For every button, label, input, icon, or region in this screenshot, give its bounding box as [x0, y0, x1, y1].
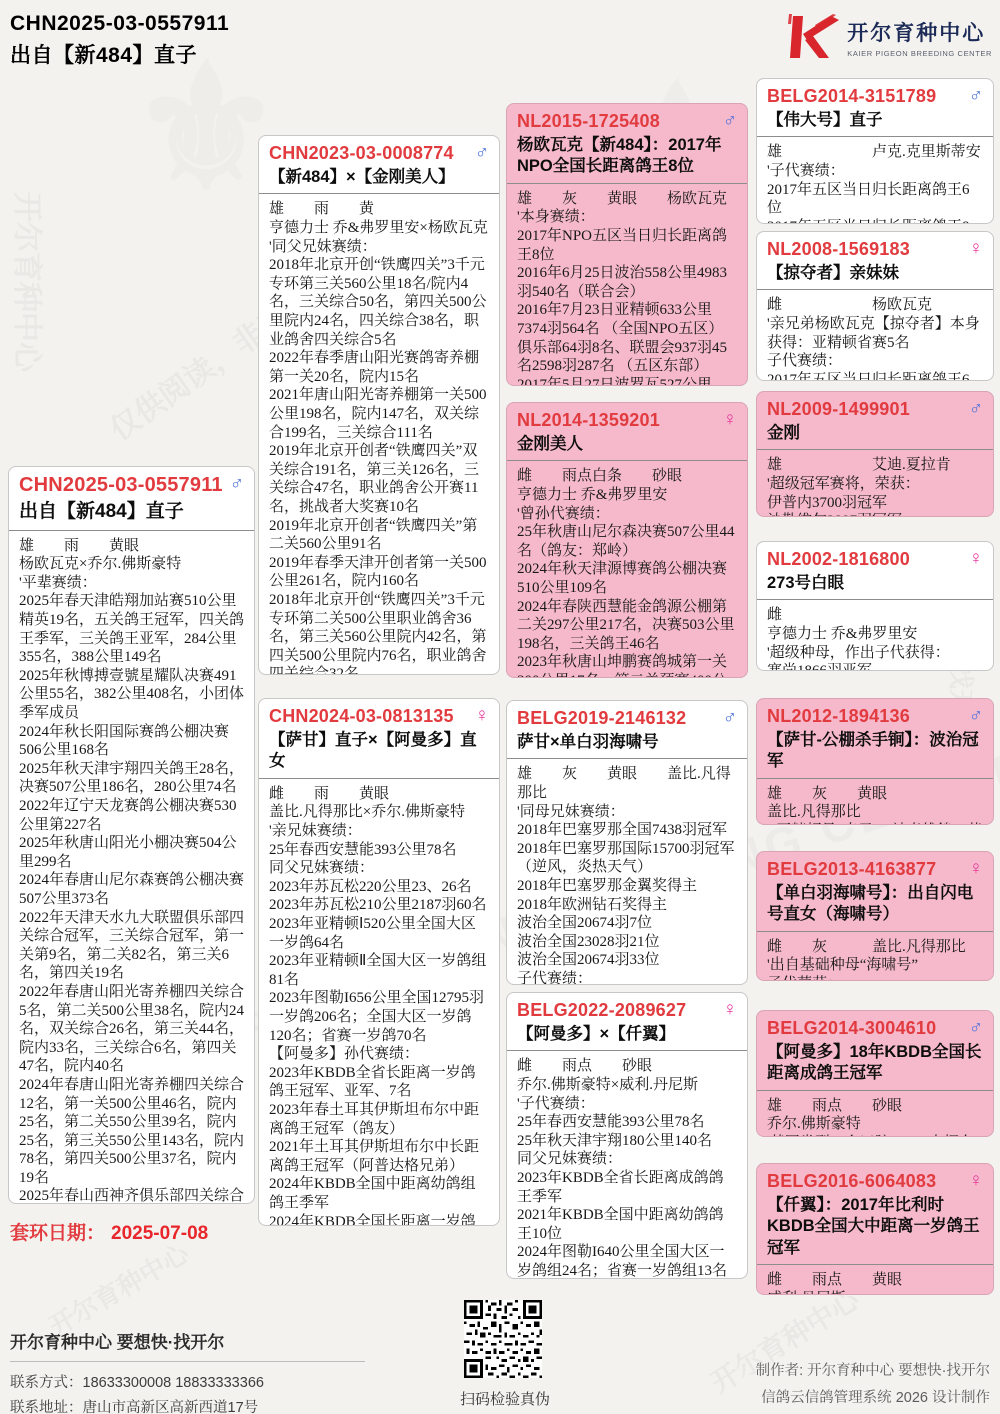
card-header: NL2008-1569183 ♀ 【掠夺者】亲妹妹: [757, 232, 993, 290]
kaier-logo-icon: [787, 14, 839, 60]
card-body: 雄 雨点 砂眼 乔尔.佛斯豪特 '基因类型：多巴胺DRD4上拥有罕见的CTCT基…: [757, 1091, 993, 1137]
ring-number: NL2012-1894136: [767, 706, 910, 727]
card-header: NL2009-1499901 ♂ 金刚: [757, 392, 993, 450]
address-value: 唐山市高新区高新西道17号: [83, 1400, 259, 1414]
card-header: CHN2025-03-0557911 ♂ 出自【新484】直子: [9, 467, 254, 531]
qr-caption: 扫码检验真伪: [430, 1388, 580, 1409]
card-body: 雄 灰 黄眼 盖比.凡得那比 '“亚精顿号”直子 ，神奇雄鸽，荣获：: [757, 779, 993, 825]
pedigree-card-ggp-6: BELG2013-4163877 ♀ 【单白羽海啸号】：出自闪电号直女（海啸号）…: [756, 851, 994, 981]
ring-number: CHN2025-03-0557911: [19, 474, 223, 497]
pedigree-card-granddam-maternal: BELG2022-2089627 ♀ 【阿曼多】×【仟翼】 雌 雨点 砂眼 乔尔…: [506, 992, 748, 1279]
pedigree-card-ggp-1: BELG2014-3151789 ♂ 【伟大号】直子 雄 卢克.克里斯蒂安 '子…: [756, 78, 994, 224]
card-title: 【仟翼】：2017年比利时KBDB全国大中距离一岁鸽王冠军: [767, 1195, 983, 1259]
male-symbol-icon: ♂: [969, 399, 983, 418]
card-header: BELG2013-4163877 ♀ 【单白羽海啸号】：出自闪电号直女（海啸号）: [757, 852, 993, 932]
card-title: 【萨甘】直子×【阿曼多】直女: [269, 730, 489, 773]
card-title: 【萨甘-公棚杀手锏】：波治冠军: [767, 730, 983, 773]
page-title-lineage: 出自【新484】直子: [10, 39, 197, 69]
ring-number: BELG2022-2089627: [517, 1000, 686, 1021]
ring-number: NL2015-1725408: [517, 111, 660, 132]
card-title: 出自【新484】直子: [19, 500, 244, 525]
ring-number: CHN2024-03-0813135: [269, 706, 454, 727]
card-body: 雌 灰 盖比.凡得那比 '出自基础种母“海啸号” 子代荣获： 2018年巴塞罗那…: [757, 932, 993, 981]
card-title: 【掠夺者】亲妹妹: [767, 263, 983, 284]
card-title: 【单白羽海啸号】：出自闪电号直女（海啸号）: [767, 883, 983, 926]
text-watermark: 开尔育种中心: [8, 192, 52, 372]
maker-line1: 制作者: 开尔育种中心 要想快·找开尔: [756, 1358, 990, 1385]
pedigree-card-ggp-4: NL2002-1816800 ♀ 273号白眼 雌 亨德力士 乔&弗罗里安 '超…: [756, 541, 994, 671]
pedigree-card-grandsire-maternal: BELG2019-2146132 ♂ 萨甘×单白羽海啸号 雄 灰 黄眼 盖比.凡…: [506, 700, 748, 985]
male-symbol-icon: ♂: [230, 474, 244, 493]
card-header: NL2015-1725408 ♂ 杨欧瓦克【新484】：2017年NPO全国长距…: [507, 104, 747, 184]
ring-number: CHN2023-03-0008774: [269, 143, 454, 164]
female-symbol-icon: ♀: [475, 706, 489, 725]
female-symbol-icon: ♀: [723, 1000, 737, 1019]
ring-number: BELG2016-6064083: [767, 1171, 936, 1192]
footer-contact-block: 开尔育种中心 要想快·找开尔 联系方式：18633300008 18833333…: [10, 1328, 400, 1414]
card-header: BELG2014-3004610 ♂ 【阿曼多】18年KBDB全国长距离成鸽王冠…: [757, 1011, 993, 1091]
card-body: 雄 艾迪.夏拉肯 '超级冠军赛将，荣获： 伊普内3700羽冠军 沙勒维尔2887…: [757, 450, 993, 517]
female-symbol-icon: ♀: [969, 239, 983, 258]
qr-code: [463, 1300, 543, 1383]
ring-number: NL2014-1359201: [517, 410, 660, 431]
male-symbol-icon: ♂: [723, 111, 737, 130]
male-symbol-icon: ♂: [969, 1018, 983, 1037]
card-header: BELG2022-2089627 ♀ 【阿曼多】×【仟翼】: [507, 993, 747, 1051]
card-title: 【阿曼多】×【仟翼】: [517, 1024, 737, 1045]
card-title: 金刚: [767, 423, 983, 444]
ring-date-label: 套环日期：: [10, 1223, 105, 1244]
card-body: 雄 雨 黄眼 杨欧瓦克×乔尔.佛斯豪特 '平辈赛绩： 2025年春天津皓翔加站赛…: [9, 531, 254, 1204]
pedigree-card-ggp-2: NL2008-1569183 ♀ 【掠夺者】亲妹妹 雌 杨欧瓦克 '亲兄弟杨欧瓦…: [756, 231, 994, 381]
brand-name-cn: 开尔育种中心: [847, 17, 992, 47]
male-symbol-icon: ♂: [723, 708, 737, 727]
card-header: NL2014-1359201 ♀ 金刚美人: [507, 403, 747, 461]
pedigree-card-subject: CHN2025-03-0557911 ♂ 出自【新484】直子 雄 雨 黄眼 杨…: [8, 466, 255, 1204]
card-body: 雌 雨点 砂眼 乔尔.佛斯豪特×威利.丹尼斯 '子代赛绩： 25年春西安慧能39…: [507, 1051, 747, 1279]
ring-number: NL2009-1499901: [767, 399, 910, 420]
ring-number: BELG2014-3004610: [767, 1018, 936, 1039]
footer-maker-block: 制作者: 开尔育种中心 要想快·找开尔 信鸽云信鸽管理系统 2026 设计制作: [756, 1358, 990, 1412]
card-header: BELG2014-3151789 ♂ 【伟大号】直子: [757, 79, 993, 137]
pedigree-card-ggp-3: NL2009-1499901 ♂ 金刚 雄 艾迪.夏拉肯 '超级冠军赛将，荣获：…: [756, 391, 994, 517]
pedigree-card-ggp-8: BELG2016-6064083 ♀ 【仟翼】：2017年比利时KBDB全国大中…: [756, 1163, 994, 1295]
female-symbol-icon: ♀: [969, 1171, 983, 1190]
card-body: 雌 亨德力士 乔&弗罗里安 '超级种母，作出子代获得： 塞尚1866羽亚军 NP…: [757, 600, 993, 671]
card-body: 雄 灰 黄眼 盖比.凡得那比 '同母兄妹赛绩： 2018年巴塞罗那全国7438羽…: [507, 759, 747, 985]
card-title: 金刚美人: [517, 434, 737, 455]
card-title: 【新484】×【金刚美人】: [269, 167, 489, 188]
female-symbol-icon: ♀: [969, 549, 983, 568]
male-symbol-icon: ♂: [969, 86, 983, 105]
qr-code-icon: [464, 1300, 542, 1378]
ring-date-value: 2025-07-08: [111, 1223, 208, 1244]
female-symbol-icon: ♀: [969, 859, 983, 878]
card-title: 273号白眼: [767, 573, 983, 594]
ring-number: NL2002-1816800: [767, 549, 910, 570]
footer-divider: [10, 1361, 365, 1362]
pedigree-card-grandsire-paternal: NL2015-1725408 ♂ 杨欧瓦克【新484】：2017年NPO全国长距…: [506, 103, 748, 386]
pedigree-card-granddam-paternal: NL2014-1359201 ♀ 金刚美人 雌 雨点白条 砂眼 亨德力士 乔&弗…: [506, 402, 748, 678]
card-body: 雌 雨 黄眼 盖比.凡得那比×乔尔.佛斯豪特 '亲兄妹赛绩： 25年春西安慧能3…: [259, 779, 499, 1226]
card-title: 萨甘×单白羽海啸号: [517, 732, 737, 753]
male-symbol-icon: ♂: [969, 706, 983, 725]
contact-phones: 18633300008 18833333366: [83, 1375, 264, 1391]
ring-number: BELG2013-4163877: [767, 859, 936, 880]
pedigree-card-father: CHN2023-03-0008774 ♂ 【新484】×【金刚美人】 雄 雨 黄…: [258, 135, 500, 675]
card-title: 【伟大号】直子: [767, 110, 983, 131]
card-body: 雄 雨 黄 亨德力士 乔&弗罗里安×杨欧瓦克 '同父兄妹赛绩： 2018年北京开…: [259, 194, 499, 675]
brand-name-en: KAIER PIGEON BREEDING CENTER: [847, 49, 992, 58]
card-body: 雌 杨欧瓦克 '亲兄弟杨欧瓦克【掠夺者】本身获得：亚精顿省赛5名 子代赛绩： 2…: [757, 290, 993, 381]
card-body: 雌 雨点 黄眼 威利.丹尼斯 '超级赛雌【仟翼】本身赛绩： 2017年比利时KB…: [757, 1265, 993, 1295]
ring-number: NL2008-1569183: [767, 239, 910, 260]
pedigree-card-mother: CHN2024-03-0813135 ♀ 【萨甘】直子×【阿曼多】直女 雌 雨 …: [258, 698, 500, 1226]
card-title: 杨欧瓦克【新484】：2017年NPO全国长距离鸽王8位: [517, 135, 737, 178]
card-body: 雄 灰 黄眼 杨欧瓦克 '本身赛绩： 2017年NPO五区当日归长距离鸽王8位 …: [507, 184, 747, 386]
female-symbol-icon: ♀: [723, 410, 737, 429]
pedigree-card-ggp-7: BELG2014-3004610 ♂ 【阿曼多】18年KBDB全国长距离成鸽王冠…: [756, 1010, 994, 1137]
card-header: BELG2016-6064083 ♀ 【仟翼】：2017年比利时KBDB全国大中…: [757, 1164, 993, 1265]
card-header: NL2002-1816800 ♀ 273号白眼: [757, 542, 993, 600]
male-symbol-icon: ♂: [475, 143, 489, 162]
page-title-ring-number: CHN2025-03-0557911: [10, 12, 229, 36]
ring-number: BELG2014-3151789: [767, 86, 936, 107]
ring-date: 套环日期：2025-07-08: [10, 1218, 208, 1245]
ring-number: BELG2019-2146132: [517, 708, 686, 729]
maker-line2: 信鸽云信鸽管理系统 2026 设计制作: [756, 1385, 990, 1412]
pedigree-card-ggp-5: NL2012-1894136 ♂ 【萨甘-公棚杀手锏】：波治冠军 雄 灰 黄眼 …: [756, 698, 994, 825]
card-header: BELG2019-2146132 ♂ 萨甘×单白羽海啸号: [507, 701, 747, 759]
footer-slogan: 开尔育种中心 要想快·找开尔: [10, 1328, 400, 1353]
card-body: 雄 卢克.克里斯蒂安 '子代赛绩： 2017年五区当日归长距离鸽王6位 2017…: [757, 137, 993, 224]
brand-logo: 开尔育种中心 KAIER PIGEON BREEDING CENTER: [787, 14, 992, 60]
card-header: CHN2023-03-0008774 ♂ 【新484】×【金刚美人】: [259, 136, 499, 194]
card-body: 雌 雨点白条 砂眼 亨德力士 乔&弗罗里安 '曾孙代赛绩： 25年秋唐山尼尔森决…: [507, 461, 747, 678]
card-header: NL2012-1894136 ♂ 【萨甘-公棚杀手锏】：波治冠军: [757, 699, 993, 779]
address-label: 联系地址：: [10, 1400, 83, 1414]
contact-label: 联系方式：: [10, 1375, 83, 1391]
card-title: 【阿曼多】18年KBDB全国长距离成鸽王冠军: [767, 1042, 983, 1085]
card-header: CHN2024-03-0813135 ♀ 【萨甘】直子×【阿曼多】直女: [259, 699, 499, 779]
